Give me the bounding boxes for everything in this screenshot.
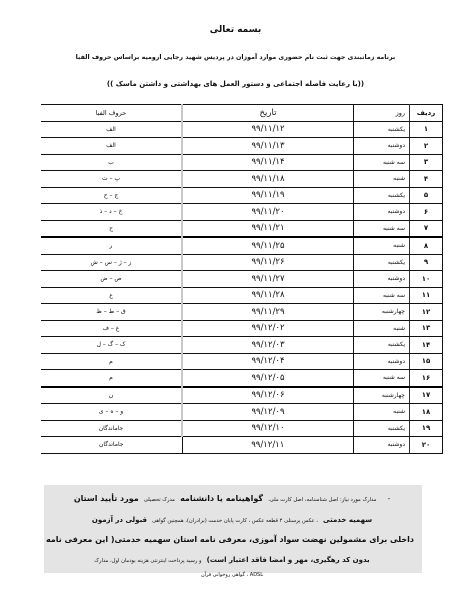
letters-cell: ح	[41, 220, 182, 237]
letters-cell: ر	[41, 237, 182, 254]
table-row: ۱۶سه شنبه۹۹/۱۲/۰۵م	[41, 370, 443, 387]
letters-cell: ق – ط – ظ	[41, 304, 182, 321]
table-row: ۱۴یکشنبه۹۹/۱۲/۰۳ک – گ – ل	[41, 337, 443, 354]
table-row: ۱۸شنبه۹۹/۱۲/۰۹و – ه – ی	[41, 404, 443, 421]
letters-cell: جاماندگان	[41, 420, 182, 437]
health-guideline: ((با رعایت فاصله اجتماعی و دستور العمل ه…	[0, 80, 471, 88]
date-cell: ۹۹/۱۲/۰۶	[182, 387, 354, 404]
day-cell: یکشنبه	[354, 121, 410, 138]
note-line-5: ADSL ، گواهی روخوانی قرآن	[50, 569, 414, 581]
row-number: ۶	[410, 204, 443, 221]
note-line-2: سهمیه خدمتی ، عکس پرسنلی ۴ قطعه عکس ، کا…	[50, 509, 414, 530]
day-cell: دوشنبه	[354, 353, 410, 370]
date-cell: ۹۹/۱۱/۲۱	[182, 220, 354, 237]
row-number: ۱۴	[410, 337, 443, 354]
table-row: ۹یکشنبه۹۹/۱۱/۲۶ز – ژ – س – ش	[41, 254, 443, 271]
table-row: ۱۰دوشنبه۹۹/۱۱/۲۷ص – ض	[41, 271, 443, 288]
date-cell: ۹۹/۱۱/۲۰	[182, 204, 354, 221]
schedule-table: ردیف روز تاریخ حروف الفبا ۱یکشنبه۹۹/۱۱/۱…	[41, 104, 443, 454]
table-row: ۲۰دوشنبه۹۹/۱۲/۱۱جاماندگان	[41, 437, 443, 454]
date-cell: ۹۹/۱۱/۲۹	[182, 304, 354, 321]
day-cell: چهارشنبه	[354, 387, 410, 404]
column-header-day: روز	[354, 105, 410, 122]
letters-cell: ع	[41, 287, 182, 304]
row-number: ۱۰	[410, 271, 443, 288]
date-cell: ۹۹/۱۱/۱۳	[182, 138, 354, 155]
row-number: ۵	[410, 187, 443, 204]
letters-cell: خ – د – ذ	[41, 204, 182, 221]
day-cell: یکشنبه	[354, 337, 410, 354]
letters-cell: م	[41, 370, 182, 387]
day-cell: سه شنبه	[354, 220, 410, 237]
day-cell: سه شنبه	[354, 370, 410, 387]
day-cell: چهارشنبه	[354, 304, 410, 321]
letters-cell: غ – ف	[41, 320, 182, 337]
day-cell: یکشنبه	[354, 187, 410, 204]
day-cell: سه شنبه	[354, 287, 410, 304]
row-number: ۱۲	[410, 304, 443, 321]
row-number: ۷	[410, 220, 443, 237]
required-documents-note: - مدارک مورد نیاز: اصل شناسنامه، اصل کار…	[44, 485, 422, 573]
row-number: ۱۹	[410, 420, 443, 437]
note-line-1: - مدارک مورد نیاز: اصل شناسنامه، اصل کار…	[50, 488, 414, 509]
letters-cell: الف	[41, 121, 182, 138]
row-number: ۱۵	[410, 353, 443, 370]
row-number: ۲	[410, 138, 443, 155]
column-header-row-number: ردیف	[410, 105, 443, 122]
letters-cell: ج – ح	[41, 187, 182, 204]
letters-cell: ص – ض	[41, 271, 182, 288]
letters-cell: الف	[41, 138, 182, 155]
table-row: ۱۲چهارشنبه۹۹/۱۱/۲۹ق – ط – ظ	[41, 304, 443, 321]
date-cell: ۹۹/۱۲/۱۰	[182, 420, 354, 437]
bullet-dash: -	[388, 495, 391, 503]
date-cell: ۹۹/۱۱/۱۴	[182, 154, 354, 171]
table-row: ۱۱سه شنبه۹۹/۱۱/۲۸ع	[41, 287, 443, 304]
letters-cell: و – ه – ی	[41, 404, 182, 421]
document-subtitle: برنامه زمانبندی جهت ثبت نام حضوری موارد …	[0, 54, 471, 61]
letters-cell: پ – ت	[41, 171, 182, 188]
day-cell: دوشنبه	[354, 138, 410, 155]
note-line-3: داخلی برای مشمولین نهضت سواد آموزی، معرف…	[50, 529, 414, 549]
date-cell: ۹۹/۱۱/۲۷	[182, 271, 354, 288]
date-cell: ۹۹/۱۲/۰۹	[182, 404, 354, 421]
row-number: ۱۸	[410, 404, 443, 421]
date-cell: ۹۹/۱۱/۲۸	[182, 287, 354, 304]
date-cell: ۹۹/۱۲/۰۲	[182, 320, 354, 337]
date-cell: ۹۹/۱۱/۱۸	[182, 171, 354, 188]
date-cell: ۹۹/۱۱/۲۶	[182, 254, 354, 271]
day-cell: شنبه	[354, 171, 410, 188]
date-cell: ۹۹/۱۱/۱۲	[182, 121, 354, 138]
date-cell: ۹۹/۱۲/۰۳	[182, 337, 354, 354]
table-row: ۲دوشنبه۹۹/۱۱/۱۳الف	[41, 138, 443, 155]
row-number: ۸	[410, 237, 443, 254]
row-number: ۳	[410, 154, 443, 171]
table-row: ۱۹یکشنبه۹۹/۱۲/۱۰جاماندگان	[41, 420, 443, 437]
table-row: ۶دوشنبه۹۹/۱۱/۲۰خ – د – ذ	[41, 204, 443, 221]
table-row: ۱۷چهارشنبه۹۹/۱۲/۰۶ن	[41, 387, 443, 404]
column-header-date: تاریخ	[182, 105, 354, 122]
table-row: ۸شنبه۹۹/۱۱/۲۵ر	[41, 237, 443, 254]
row-number: ۴	[410, 171, 443, 188]
row-number: ۱۷	[410, 387, 443, 404]
row-number: ۱۶	[410, 370, 443, 387]
table-row: ۴شنبه۹۹/۱۱/۱۸پ – ت	[41, 171, 443, 188]
row-number: ۱۳	[410, 320, 443, 337]
day-cell: یکشنبه	[354, 420, 410, 437]
column-header-letters: حروف الفبا	[41, 105, 182, 122]
table-row: ۱۵دوشنبه۹۹/۱۲/۰۴م	[41, 353, 443, 370]
row-number: ۱	[410, 121, 443, 138]
row-number: ۲۰	[410, 437, 443, 454]
row-number: ۱۱	[410, 287, 443, 304]
day-cell: سه شنبه	[354, 154, 410, 171]
day-cell: یکشنبه	[354, 254, 410, 271]
date-cell: ۹۹/۱۱/۱۹	[182, 187, 354, 204]
heading: بسمه تعالی	[0, 25, 471, 35]
date-cell: ۹۹/۱۲/۰۵	[182, 370, 354, 387]
letters-cell: ن	[41, 387, 182, 404]
table-row: ۱۳شنبه۹۹/۱۲/۰۲غ – ف	[41, 320, 443, 337]
table-row: ۱یکشنبه۹۹/۱۱/۱۲الف	[41, 121, 443, 138]
table-row: ۵یکشنبه۹۹/۱۱/۱۹ج – ح	[41, 187, 443, 204]
letters-cell: جاماندگان	[41, 437, 182, 454]
date-cell: ۹۹/۱۲/۰۴	[182, 353, 354, 370]
day-cell: شنبه	[354, 404, 410, 421]
row-number: ۹	[410, 254, 443, 271]
letters-cell: ک – گ – ل	[41, 337, 182, 354]
day-cell: شنبه	[354, 320, 410, 337]
letters-cell: م	[41, 353, 182, 370]
letters-cell: ب	[41, 154, 182, 171]
day-cell: دوشنبه	[354, 271, 410, 288]
table-header-row: ردیف روز تاریخ حروف الفبا	[41, 105, 443, 122]
table-row: ۳سه شنبه۹۹/۱۱/۱۴ب	[41, 154, 443, 171]
day-cell: دوشنبه	[354, 437, 410, 454]
date-cell: ۹۹/۱۱/۲۵	[182, 237, 354, 254]
letters-cell: ز – ژ – س – ش	[41, 254, 182, 271]
date-cell: ۹۹/۱۲/۱۱	[182, 437, 354, 454]
note-line-4: بدون کد رهگیری، مهر و امضا فاقد اعتبار ا…	[50, 549, 414, 570]
day-cell: دوشنبه	[354, 204, 410, 221]
day-cell: شنبه	[354, 237, 410, 254]
table-row: ۷سه شنبه۹۹/۱۱/۲۱ح	[41, 220, 443, 237]
